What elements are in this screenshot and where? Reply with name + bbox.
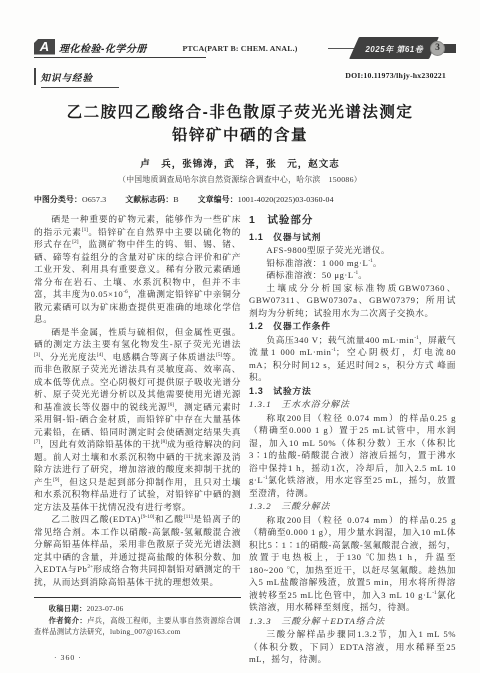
meta-article-id: 文章编号：1001-4020(2025)03-0360-04 bbox=[198, 194, 334, 205]
section-heading: 1.2 仪器工作条件 bbox=[249, 320, 456, 333]
footnote-received-value: 2023-07-06 bbox=[87, 604, 124, 613]
paragraph: AFS-9800型原子荧光光谱仪。 bbox=[249, 244, 456, 257]
article-meta: 中图分类号：O657.3 文献标志码：B 文章编号：1001-4020(2025… bbox=[0, 185, 480, 205]
journal-page: A 理化检验-化学分册 PTCA(PART B: CHEM. ANAL.) 20… bbox=[0, 0, 480, 673]
footnote-bio: 作者简介：卢兵，高级工程师，主要从事自然资源综合调查样品测试方法研究，lubin… bbox=[34, 615, 241, 638]
meta-clc-value: O657.3 bbox=[82, 195, 106, 204]
paragraph: 硒是半金属，性质与硫相似，但金属性更强。硒的测定方法主要有氢化物发生-原子荧光光… bbox=[34, 326, 241, 514]
paragraph: 铅标准溶液：1 000 mg·L-1。 bbox=[249, 257, 456, 270]
meta-clc: 中图分类号：O657.3 bbox=[34, 194, 106, 205]
section-heading: 1 试验部分 bbox=[249, 214, 456, 227]
paragraph: 称取200目（粒径 0.074 mm）的样品0.25 g（精确至0.000 1 … bbox=[249, 412, 456, 500]
doi-text: DOI:10.11973/lhjy-hx230221 bbox=[345, 68, 446, 80]
footnote-received: 收稿日期：2023-07-06 bbox=[34, 603, 241, 615]
meta-doc-code-label: 文献标志码： bbox=[125, 195, 173, 204]
right-column-text: 1 试验部分1.1 仪器与试剂AFS-9800型原子荧光光谱仪。铅标准溶液：1 … bbox=[249, 214, 456, 666]
footnote-received-label: 收稿日期： bbox=[49, 604, 87, 613]
paragraph: 土壤成分分析国家标准物质GBW07360、GBW07311、GBW07307a、… bbox=[249, 282, 456, 320]
section-heading: 1.3 试验方法 bbox=[249, 385, 456, 398]
page-header: A 理化检验-化学分册 PTCA(PART B: CHEM. ANAL.) 20… bbox=[0, 38, 480, 58]
header-subrow: 知识与经验 DOI:10.11973/lhjy-hx230221 bbox=[0, 58, 480, 88]
paragraph: 负高压340 V；载气流量400 mL·min-1，屏蔽气流量1 000 mL·… bbox=[249, 334, 456, 384]
issue-volume-label: 2025年 第61卷 bbox=[365, 44, 423, 55]
body-columns: 硒是一种重要的矿物元素，能够作为一些矿床的指示元素[1]。铅锌矿在自然界中主要以… bbox=[0, 205, 480, 666]
meta-doc-code-value: B bbox=[173, 195, 178, 204]
section-heading: 1.3.1 王水水浴分解法 bbox=[249, 398, 456, 411]
page-number: · 360 · bbox=[34, 652, 241, 665]
meta-article-id-label: 文章编号： bbox=[198, 195, 238, 204]
issue-number-badge: 3 bbox=[430, 41, 445, 56]
issue-volume-band: 2025年 第61卷 bbox=[349, 37, 439, 59]
paragraph: 硒标准溶液：50 μg·L-1。 bbox=[249, 269, 456, 282]
meta-clc-label: 中图分类号： bbox=[34, 195, 82, 204]
section-heading: 1.3.3 三酸分解＋EDTA络合法 bbox=[249, 615, 456, 628]
meta-article-id-value: 1001-4020(2025)03-0360-04 bbox=[238, 195, 334, 204]
footnote-divider bbox=[34, 597, 241, 598]
column-section: 知识与经验 bbox=[34, 68, 119, 88]
meta-doc-code: 文献标志码：B bbox=[125, 194, 178, 205]
paragraph: 硒是一种重要的矿物元素，能够作为一些矿床的指示元素[1]。铅锌矿在自然界中主要以… bbox=[34, 213, 241, 326]
right-column: 1 试验部分1.1 仪器与试剂AFS-9800型原子荧光光谱仪。铅标准溶液：1 … bbox=[249, 213, 456, 666]
section-heading: 1.1 仪器与试剂 bbox=[249, 231, 456, 244]
article-title: 乙二胺四乙酸络合-非色散原子荧光光谱法测定 铅锌矿中硒的含量 bbox=[0, 101, 480, 147]
footnote: 收稿日期：2023-07-06 作者简介：卢兵，高级工程师，主要从事自然资源综合… bbox=[34, 603, 241, 638]
section-heading: 1.3.2 三酸分解法 bbox=[249, 500, 456, 513]
affiliation-line: （中国地质调查局哈尔滨自然资源综合调查中心，哈尔滨 150086） bbox=[0, 174, 480, 185]
paragraph: 三酸分解样品步骤同1.3.2节，加入1 mL 5%（体积分数，下同）EDTA溶液… bbox=[249, 628, 456, 666]
footnote-bio-label: 作者简介： bbox=[49, 616, 88, 625]
paragraph: 称取200目（粒径 0.074 mm）的样品0.25 g（精确至0.000 1 … bbox=[249, 514, 456, 614]
left-column: 硒是一种重要的矿物元素，能够作为一些矿床的指示元素[1]。铅锌矿在自然界中主要以… bbox=[34, 213, 241, 666]
paragraph: 乙二胺四乙酸(EDTA)[9-10]和乙酸[11]是铅离子的常见络合剂。本工作以… bbox=[34, 513, 241, 588]
authors-line: 卢 兵，张锦涛，武 泽，张 元，赵文志 bbox=[0, 156, 480, 170]
left-column-text: 硒是一种重要的矿物元素，能够作为一些矿床的指示元素[1]。铅锌矿在自然界中主要以… bbox=[34, 213, 241, 588]
article-title-line2: 铅锌矿中硒的含量 bbox=[0, 124, 480, 147]
column-label-bar bbox=[34, 68, 36, 85]
column-label: 知识与经验 bbox=[41, 68, 120, 88]
article-title-line1: 乙二胺四乙酸络合-非色散原子荧光光谱法测定 bbox=[0, 101, 480, 124]
